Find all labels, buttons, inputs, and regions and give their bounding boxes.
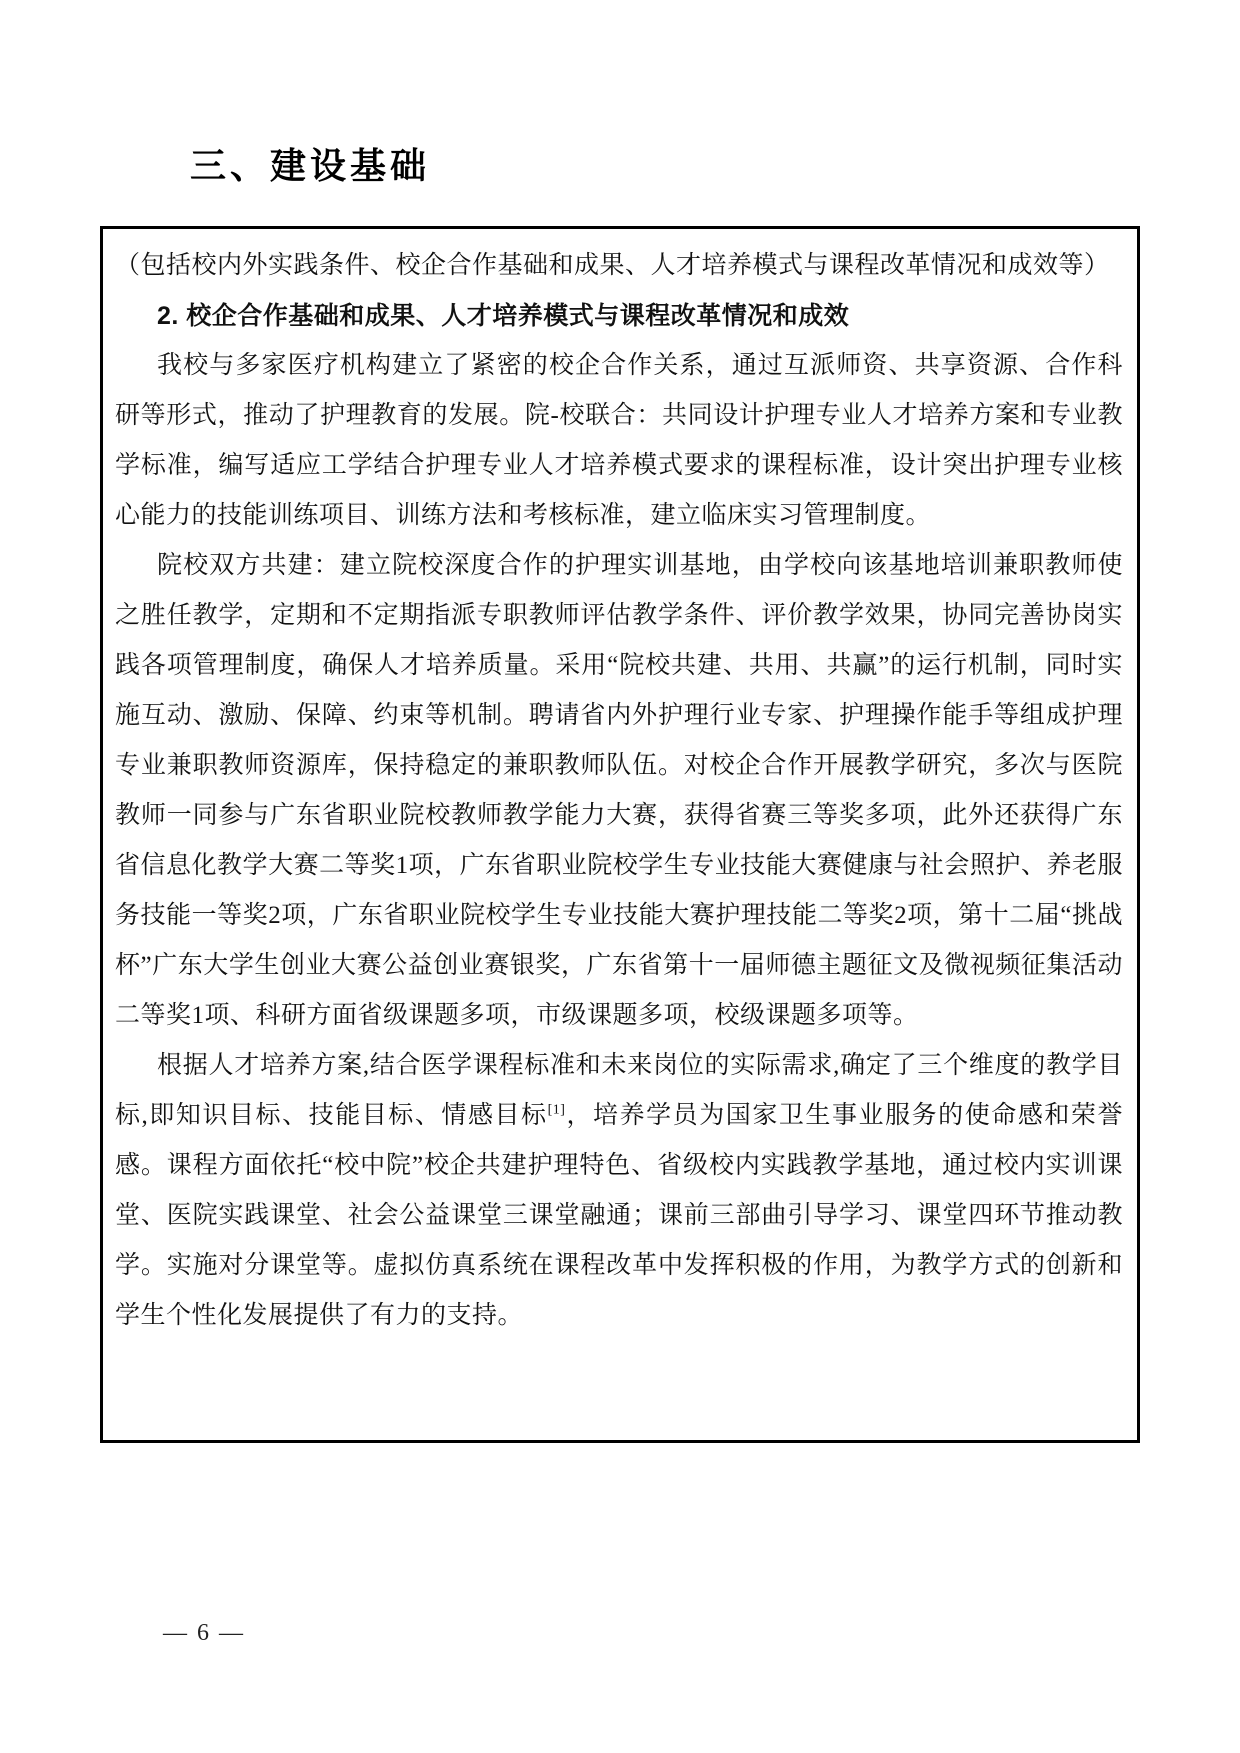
scope-note: （包括校内外实践条件、校企合作基础和成果、人才培养模式与课程改革情况和成效等） (115, 241, 1123, 291)
paragraph-teaching-goals-continuation: ，培养学员为国家卫生事业服务的使命感和荣誉感。课程方面依托“校中院”校企共建护理… (115, 1102, 1123, 1329)
paragraph-teaching-goals: 根据人才培养方案,结合医学课程标准和未来岗位的实际需求,确定了三个维度的教学目标… (115, 1041, 1123, 1341)
footnote-reference: [1] (548, 1103, 566, 1118)
content-box: （包括校内外实践条件、校企合作基础和成果、人才培养模式与课程改革情况和成效等） … (100, 226, 1140, 1443)
paragraph-cooperation: 我校与多家医疗机构建立了紧密的校企合作关系，通过互派师资、共享资源、合作科研等形… (115, 341, 1123, 541)
paragraph-joint-building: 院校双方共建：建立院校深度合作的护理实训基地，由学校向该基地培训兼职教师使之胜任… (115, 541, 1123, 1041)
section-heading: 2. 校企合作基础和成果、人才培养模式与课程改革情况和成效 (115, 291, 1123, 341)
page-title: 三、建设基础 (190, 138, 430, 189)
page-number: — 6 — (163, 1620, 245, 1647)
